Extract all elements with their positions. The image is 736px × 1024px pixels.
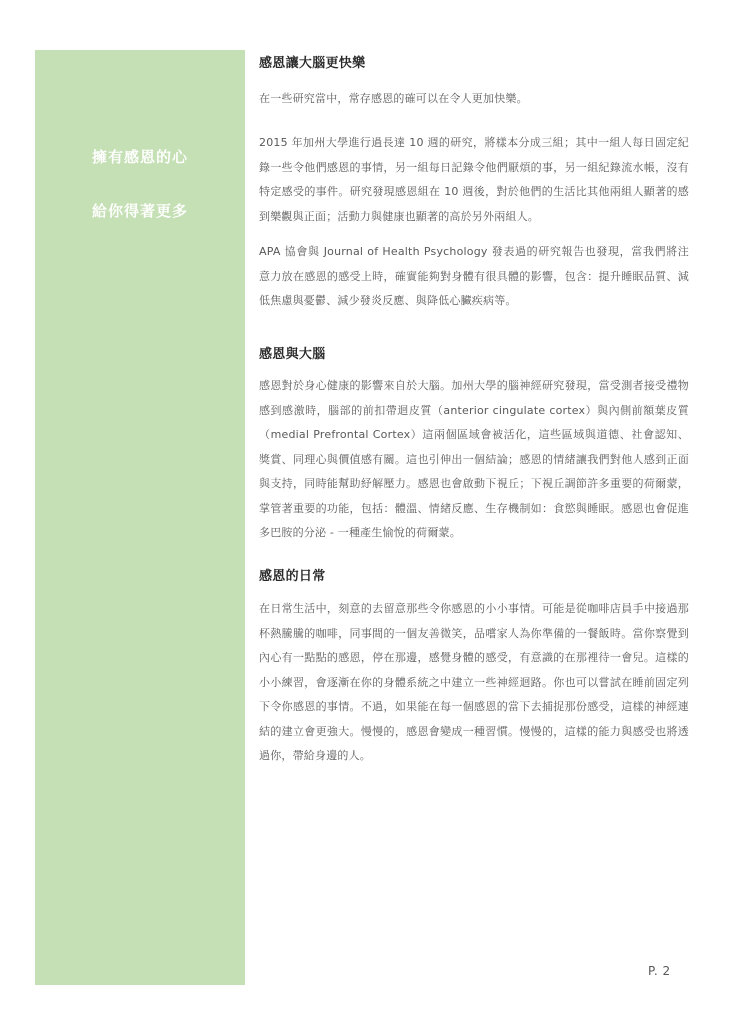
section-title-gratitude-and-brain: 感恩與大腦 (259, 345, 326, 365)
sidebar-quote-line-2: 給你得著更多 (35, 200, 245, 221)
section-paragraph: 2015 年加州大學進行過長達 10 週的研究，將樣本分成三組；其中一組人每日固… (259, 131, 689, 229)
section-paragraph: 在日常生活中，刻意的去留意那些令你感恩的小小事情。可能是從咖啡店員手中接過那杯熱… (259, 597, 689, 769)
section-paragraph: APA 協會與 Journal of Health Psychology 發表過… (259, 240, 689, 314)
section-title-daily-gratitude: 感恩的日常 (259, 567, 326, 587)
page-number: P. 2 (648, 964, 671, 978)
sidebar-quote-line-1: 擁有感恩的心 (35, 146, 245, 167)
section-paragraph: 感恩對於身心健康的影響來自於大腦。加州大學的腦神經研究發現，當受測者接受禮物感到… (259, 374, 689, 546)
section-title-happier-brain: 感恩讓大腦更快樂 (259, 54, 365, 74)
sidebar-panel: 擁有感恩的心 給你得著更多 (35, 50, 245, 985)
section-paragraph: 在一些研究當中，常存感恩的確可以在令人更加快樂。 (259, 87, 689, 112)
